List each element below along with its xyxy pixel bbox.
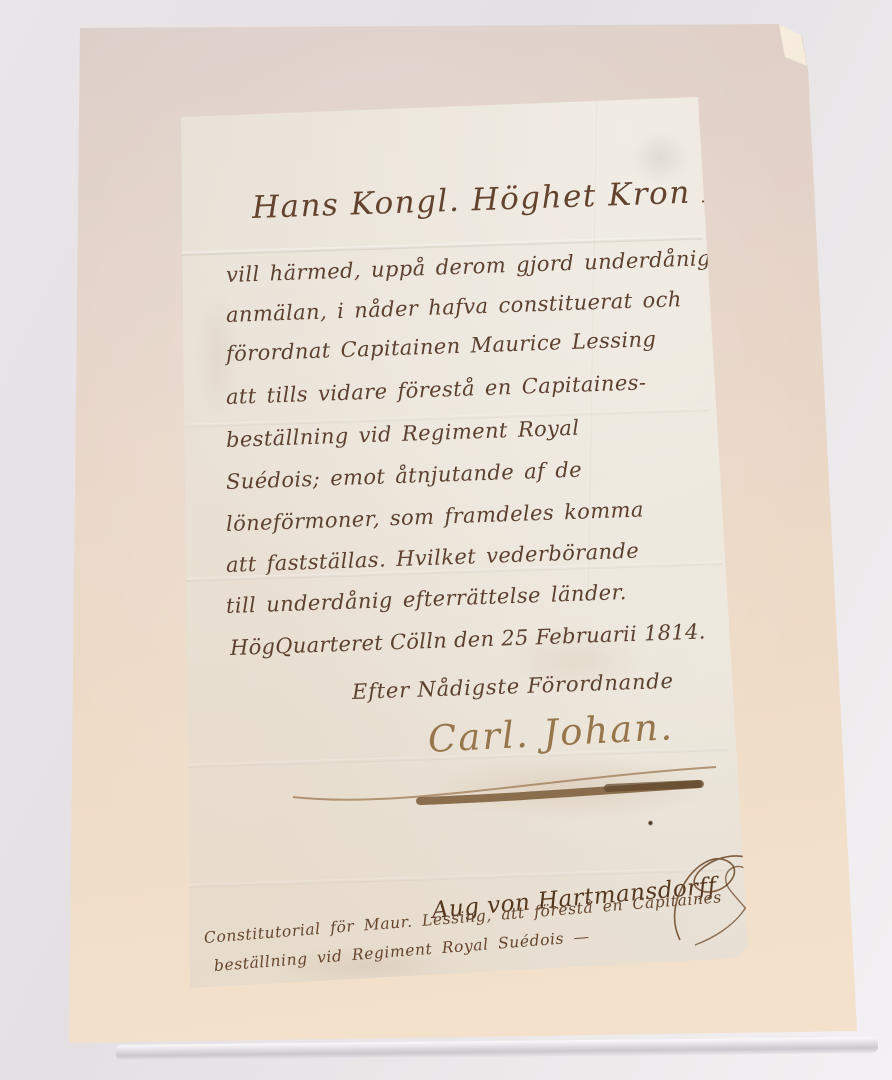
stand-ledge <box>116 1037 878 1061</box>
letter-body-line: anmälan, i nåder hafva constituerat och <box>226 287 683 327</box>
signature-flourish <box>278 755 733 810</box>
ink-speck <box>648 820 653 826</box>
letter-closing: Efter Nådigste Förordnande <box>352 669 675 704</box>
letter-body-line: löneförmoner, som framdeles komma <box>226 497 645 536</box>
letter-body-line: till underdånig efterrättelse länder. <box>226 580 628 618</box>
letter-body-line: Suédois; emot åtnjutande af de <box>226 458 583 494</box>
photo-background: Hans Kongl. Höghet Kron Prinsen vill här… <box>0 0 892 1080</box>
letter-body-line: att tills vidare förestå en Capitaines- <box>226 370 647 409</box>
